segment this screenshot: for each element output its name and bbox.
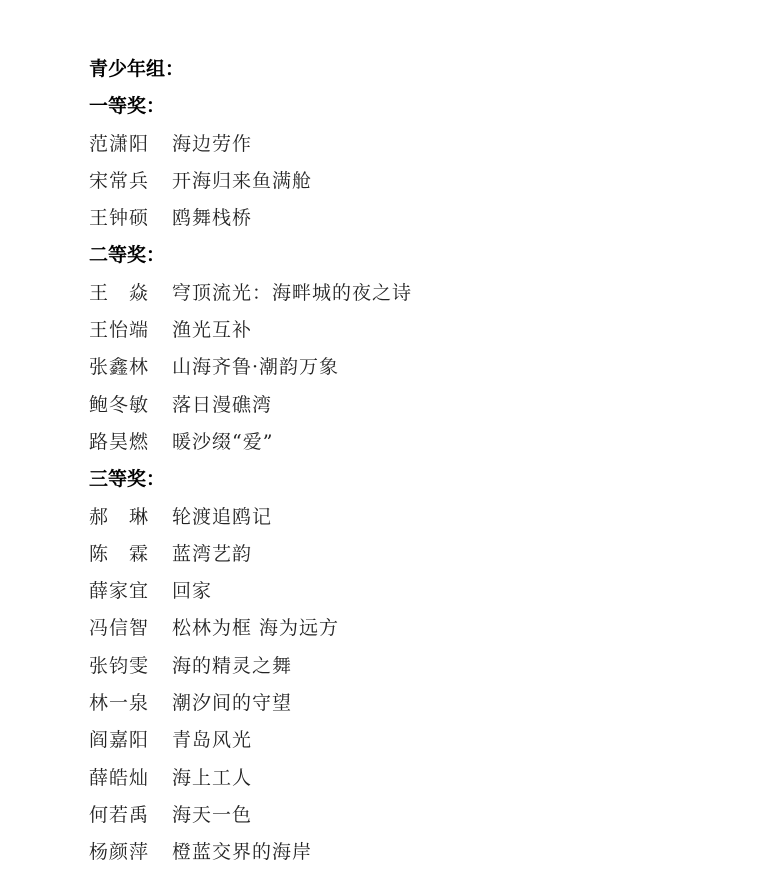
work-title: 鸥舞栈桥 [172, 205, 252, 231]
award-entry: 王 焱 穹顶流光：海畔城的夜之诗 [89, 280, 412, 317]
award-entry: 路昊燃 暖沙缀“爱” [89, 429, 412, 466]
award-entry: 冯信智 松林为框 海为远方 [89, 615, 412, 652]
winner-name: 阎嘉阳 [89, 727, 172, 753]
work-title: 橙蓝交界的海岸 [172, 839, 312, 865]
award-document: 青少年组： 一等奖： 范潇阳 海边劳作 宋常兵 开海归来鱼满舱 王钟硕 鸥舞栈桥… [89, 56, 412, 877]
award-entry: 王钟硕 鸥舞栈桥 [89, 205, 412, 242]
work-title: 落日漫礁湾 [172, 392, 272, 418]
award-entry: 何若禹 海天一色 [89, 802, 412, 839]
work-title: 开海归来鱼满舱 [172, 168, 312, 194]
work-title: 松林为框 海为远方 [172, 615, 339, 641]
winner-name: 张鑫林 [89, 354, 172, 380]
winner-name: 王 焱 [89, 280, 172, 306]
winner-name: 薛皓灿 [89, 765, 172, 791]
award-entry: 杨颜萍 橙蓝交界的海岸 [89, 839, 412, 876]
work-title: 海边劳作 [172, 131, 252, 157]
award-entry: 郝 琳 轮渡追鸥记 [89, 504, 412, 541]
winner-name: 薛家宜 [89, 578, 172, 604]
winner-name: 鲍冬敏 [89, 392, 172, 418]
work-title: 蓝湾艺韵 [172, 541, 252, 567]
section-heading-second-prize: 二等奖： [89, 242, 412, 279]
section-heading-first-prize: 一等奖： [89, 93, 412, 130]
award-entry: 张鑫林 山海齐鲁·潮韵万象 [89, 354, 412, 391]
award-entry: 薛皓灿 海上工人 [89, 765, 412, 802]
award-entry: 林一泉 潮汐间的守望 [89, 690, 412, 727]
group-heading: 青少年组： [89, 56, 412, 93]
award-entry: 阎嘉阳 青岛风光 [89, 727, 412, 764]
work-title: 回家 [172, 578, 212, 604]
award-entry: 陈 霖 蓝湾艺韵 [89, 541, 412, 578]
work-title: 潮汐间的守望 [172, 690, 292, 716]
award-entry: 王怡端 渔光互补 [89, 317, 412, 354]
winner-name: 范潇阳 [89, 131, 172, 157]
award-entry: 鲍冬敏 落日漫礁湾 [89, 392, 412, 429]
winner-name: 林一泉 [89, 690, 172, 716]
section-heading-third-prize: 三等奖： [89, 466, 412, 503]
winner-name: 路昊燃 [89, 429, 172, 455]
award-entry: 张钧雯 海的精灵之舞 [89, 653, 412, 690]
winner-name: 郝 琳 [89, 504, 172, 530]
award-entry: 宋常兵 开海归来鱼满舱 [89, 168, 412, 205]
award-entry: 范潇阳 海边劳作 [89, 131, 412, 168]
work-title: 渔光互补 [172, 317, 252, 343]
work-title: 山海齐鲁·潮韵万象 [172, 354, 339, 380]
award-entry: 薛家宜 回家 [89, 578, 412, 615]
winner-name: 王怡端 [89, 317, 172, 343]
work-title: 青岛风光 [172, 727, 252, 753]
winner-name: 冯信智 [89, 615, 172, 641]
work-title: 暖沙缀“爱” [172, 429, 273, 455]
winner-name: 王钟硕 [89, 205, 172, 231]
work-title: 海上工人 [172, 765, 252, 791]
work-title: 海天一色 [172, 802, 252, 828]
winner-name: 陈 霖 [89, 541, 172, 567]
work-title: 穹顶流光：海畔城的夜之诗 [172, 280, 412, 306]
winner-name: 杨颜萍 [89, 839, 172, 865]
winner-name: 宋常兵 [89, 168, 172, 194]
work-title: 轮渡追鸥记 [172, 504, 272, 530]
work-title: 海的精灵之舞 [172, 653, 292, 679]
winner-name: 张钧雯 [89, 653, 172, 679]
winner-name: 何若禹 [89, 802, 172, 828]
